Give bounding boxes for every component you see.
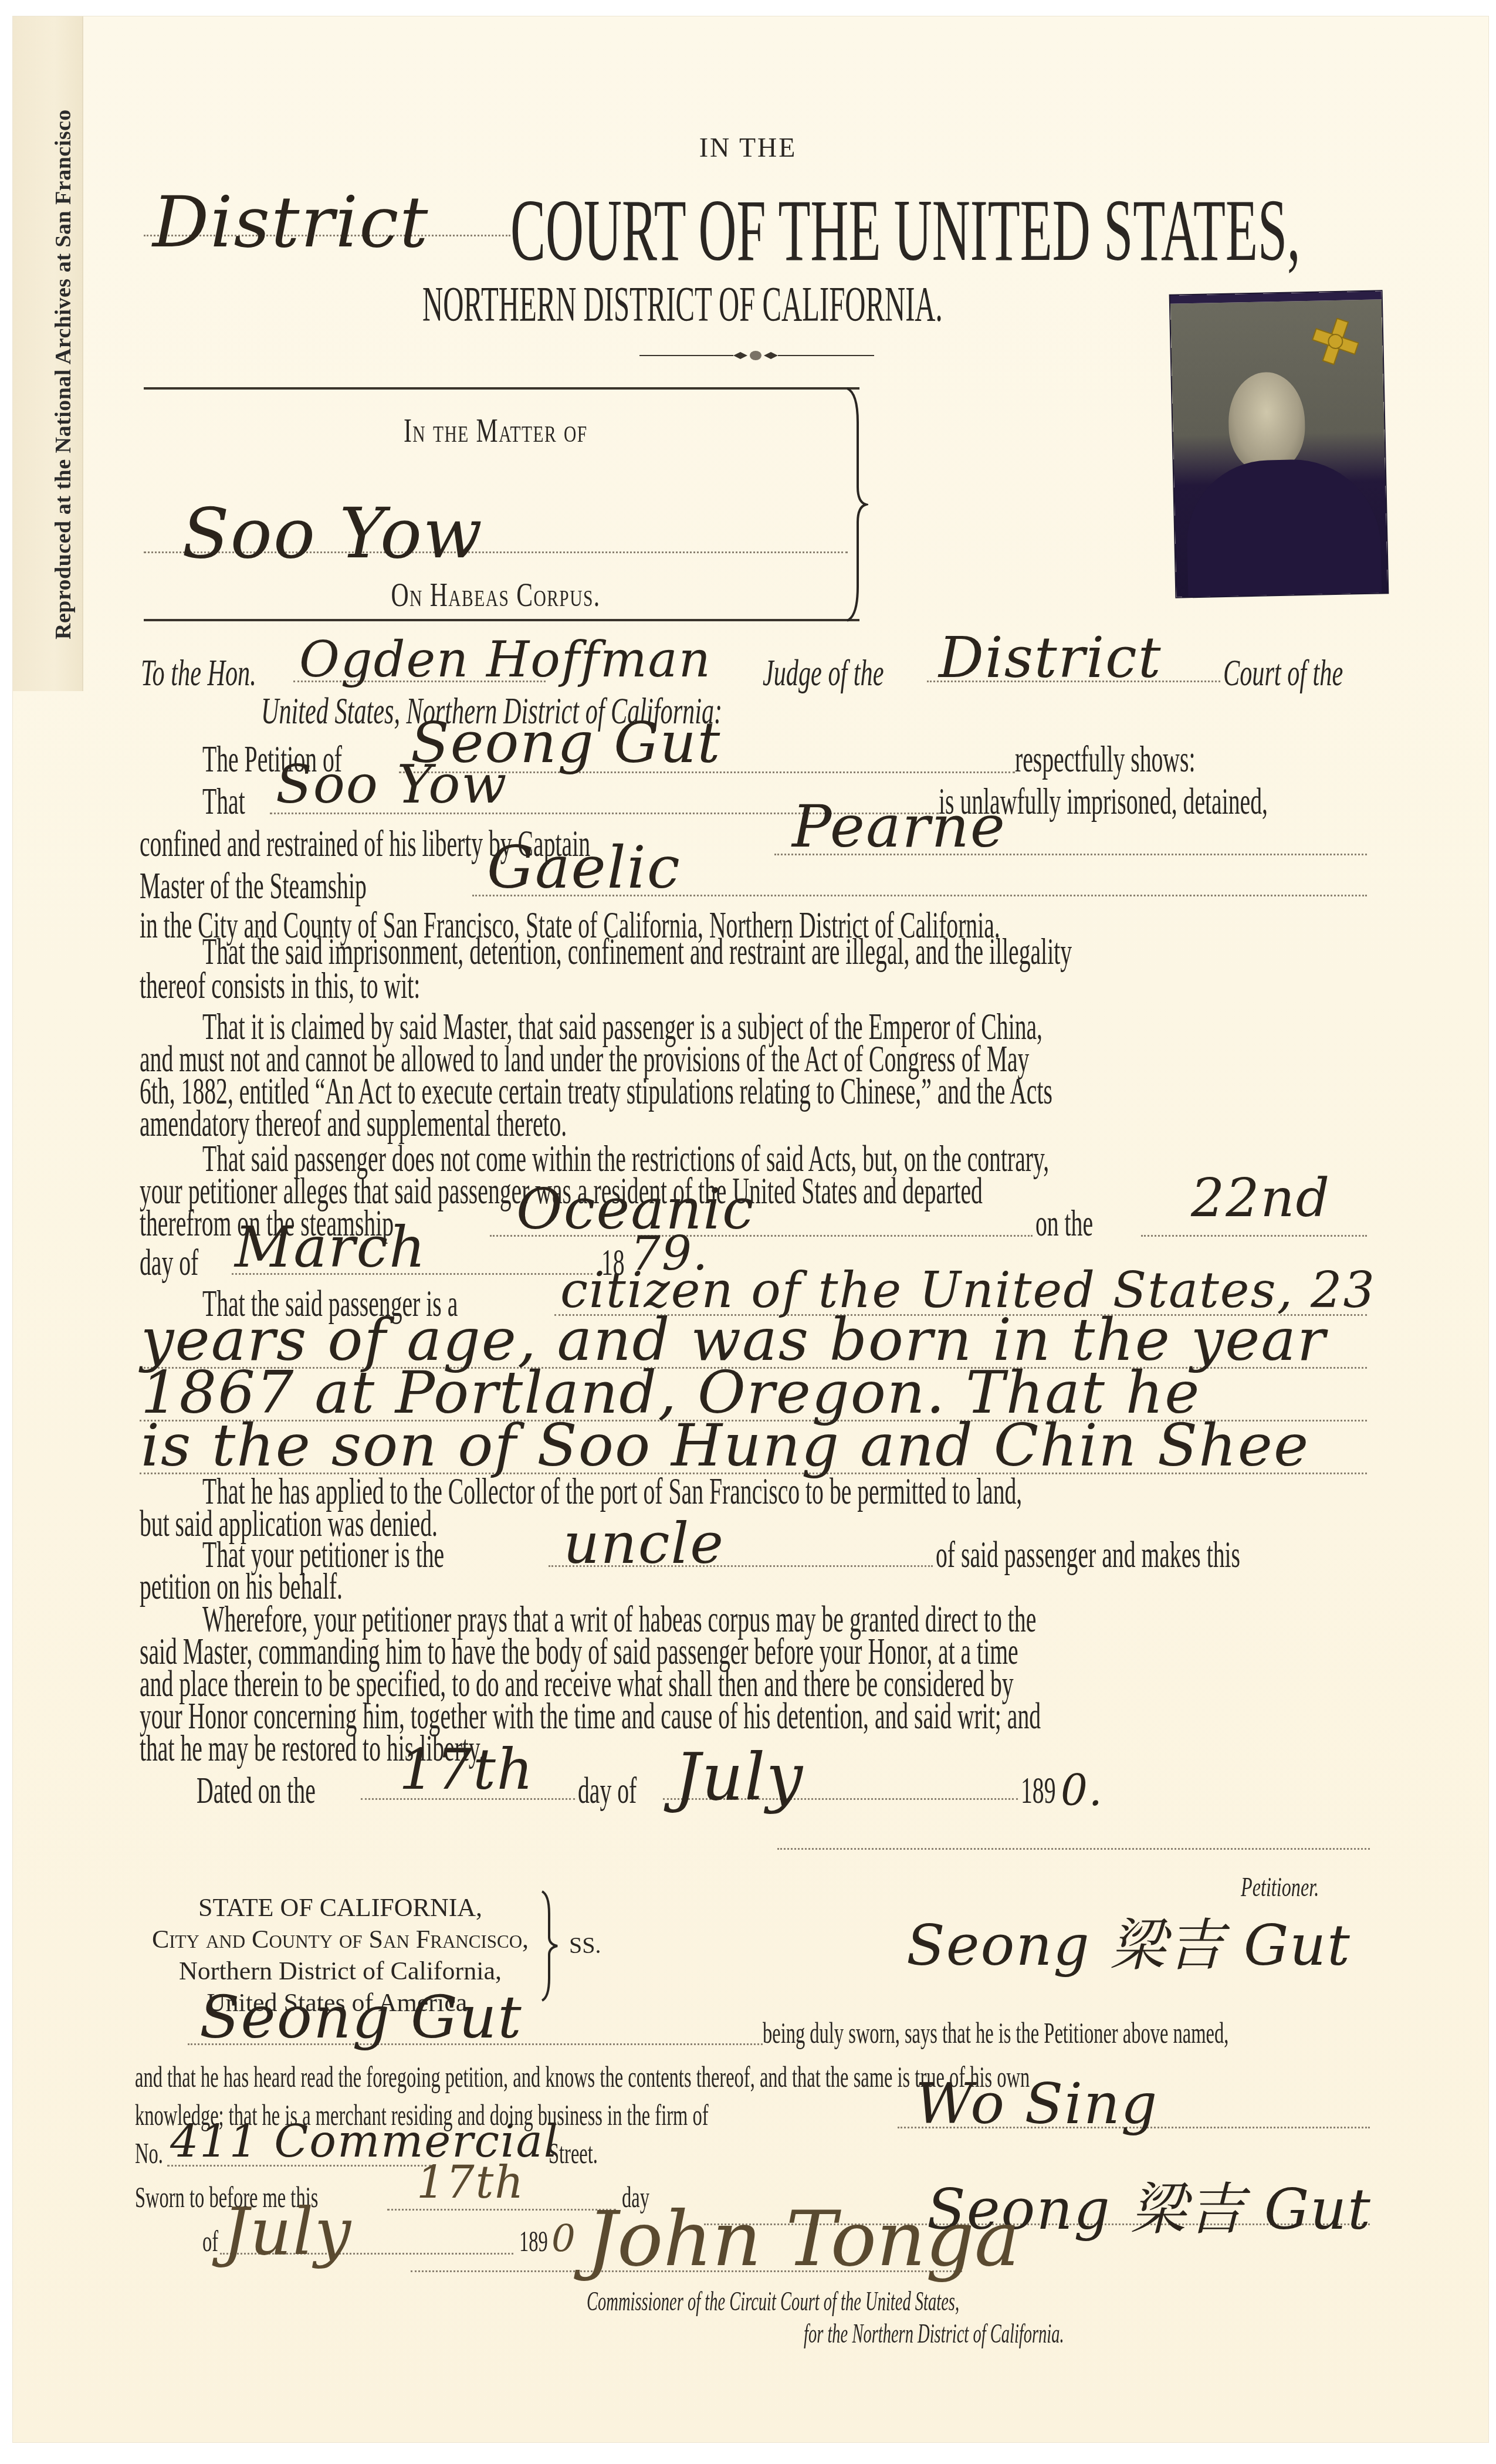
in-the-matter-of: In the Matter of — [0, 411, 991, 450]
street-label: Street. — [549, 2138, 624, 2168]
petitioner-signature-line — [777, 1848, 1370, 1850]
firm-handwritten: Wo Sing — [915, 2071, 1158, 2137]
relation-suffix: of said passenger and makes this — [936, 1536, 1427, 1573]
sworn-day-line — [387, 2209, 616, 2211]
departure-day-line — [1141, 1235, 1367, 1237]
court-of-the-label: Court of the — [1223, 654, 1404, 692]
district-title-text: NORTHERN DISTRICT OF CALIFORNIA. — [422, 280, 943, 330]
relation-handwritten: uncle — [563, 1511, 725, 1576]
steamship-handwritten: Gaelic — [487, 833, 681, 902]
claim-line-4: amendatory thereof and supplemental ther… — [140, 1105, 829, 1142]
judge-name-handwritten: Ogden Hoffman — [299, 631, 712, 688]
sworn-day-handwritten: 17th — [417, 2156, 524, 2208]
ornamental-rule — [639, 351, 874, 357]
address-court-handwritten: District — [939, 625, 1162, 691]
caption-top-rule — [144, 387, 859, 390]
petitioner-signature: Seong 梁吉 Gut — [906, 1901, 1351, 1981]
steamship-label: Master of the Steamship — [140, 867, 506, 905]
court-name-handwritten: District — [153, 182, 429, 263]
header-in-the: IN THE — [0, 132, 1496, 163]
day-of-label: day of — [140, 1244, 235, 1281]
duly-sworn-line: being duly sworn, says that he is the Pe… — [763, 2018, 1480, 2047]
sworn-month-handwritten: July — [223, 2194, 352, 2269]
on-the-label: on the — [1035, 1204, 1128, 1242]
court-title: COURT OF THE UNITED STATES, — [510, 187, 1496, 275]
respectfully-shows-label: respectfully shows: — [1015, 740, 1306, 778]
illegality-line-2: thereof consists in this, to wit: — [140, 967, 593, 1004]
portrait-photo — [1170, 291, 1388, 597]
ornament-icon — [639, 351, 874, 363]
heard-read-line: and that he has heard read the foregoing… — [135, 2062, 1496, 2091]
court-title-text: COURT OF THE UNITED STATES, — [510, 187, 1301, 275]
captain-handwritten: Pearne — [792, 792, 1006, 861]
dated-label: Dated on the — [197, 1772, 388, 1809]
affiant-handwritten: Seong Gut — [199, 1983, 523, 2052]
portrait-face — [1227, 371, 1306, 473]
venue-brace-icon — [540, 1890, 563, 2002]
detainee-handwritten: Soo Yow — [276, 754, 507, 815]
venue-line-1: STATE OF CALIFORNIA, — [123, 1892, 557, 1924]
caption-bottom-rule — [144, 619, 859, 621]
departure-day-handwritten: 22nd — [1191, 1167, 1331, 1229]
portrait-body — [1186, 458, 1382, 597]
departure-month-handwritten: March — [235, 1214, 427, 1280]
that-label: That — [202, 783, 271, 820]
on-habeas-corpus: On Habeas Corpus. — [0, 575, 991, 614]
dated-day-handwritten: 17th — [399, 1737, 534, 1802]
address-line-1: To the Hon. — [141, 654, 316, 692]
commissioner-signature: John Tonga — [587, 2194, 1020, 2283]
venue-line-3: Northern District of California, — [123, 1955, 557, 1987]
citizenship-handwritten-4: is the son of Soo Hung and Chin Shee — [141, 1411, 1309, 1480]
detainee-name-handwritten: Soo Yow — [182, 493, 483, 574]
sworn-year-handwritten: 0 — [551, 2218, 577, 2261]
unlawfully-imprisoned-label: is unlawfully imprisoned, detained, — [939, 783, 1470, 820]
dated-day-of-label: day of — [578, 1772, 673, 1809]
venue-line-2: City and County of San Francisco, — [123, 1924, 557, 1955]
dated-year-handwritten: 0. — [1061, 1766, 1104, 1815]
medal-icon — [1312, 317, 1360, 365]
ss-label: SS. — [569, 1931, 601, 1959]
dated-month-handwritten: July — [675, 1739, 804, 1815]
commissioner-title-2: for the Northern District of California. — [804, 2320, 1224, 2347]
judge-of-the-label: Judge of the — [763, 654, 946, 692]
commissioner-title-1: Commissioner of the Circuit Court of the… — [587, 2288, 1187, 2315]
